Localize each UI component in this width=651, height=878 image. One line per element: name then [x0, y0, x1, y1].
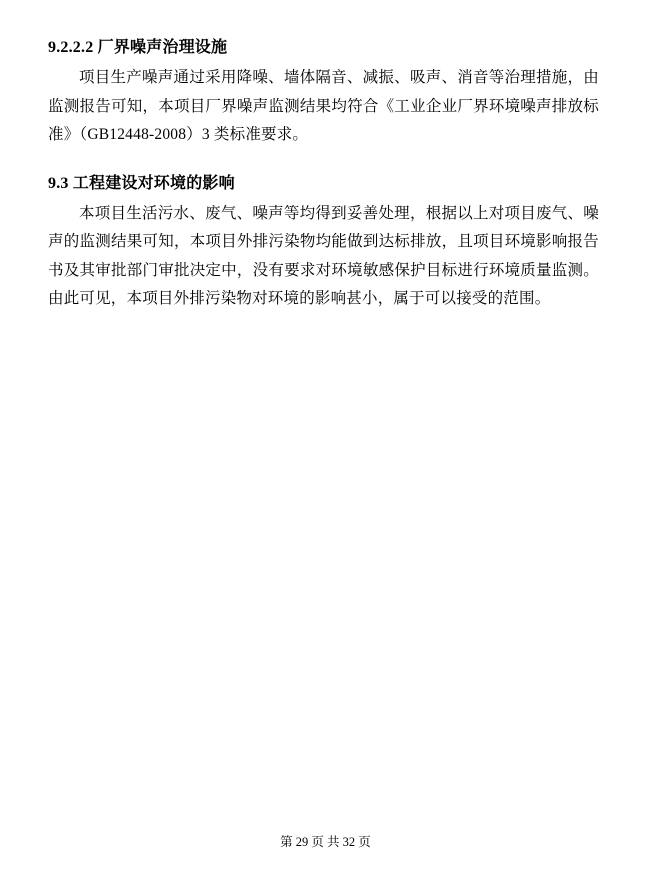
document-page: 9.2.2.2 厂界噪声治理设施 项目生产噪声通过采用降噪、墙体隔音、减振、吸声…	[0, 0, 651, 878]
section-heading-9-2-2-2: 9.2.2.2 厂界噪声治理设施	[48, 34, 599, 62]
paragraph-environmental-impact: 本项目生活污水、废气、噪声等均得到妥善处理，根据以上对项目废气、噪声的监测结果可…	[48, 200, 599, 314]
section-heading-9-3: 9.3 工程建设对环境的影响	[48, 170, 599, 198]
page-number-label: 第 29 页 共 32 页	[280, 835, 371, 849]
section-environmental-impact: 9.3 工程建设对环境的影响 本项目生活污水、废气、噪声等均得到妥善处理，根据以…	[48, 170, 599, 314]
document-content: 9.2.2.2 厂界噪声治理设施 项目生产噪声通过采用降噪、墙体隔音、减振、吸声…	[48, 34, 599, 314]
page-footer: 第 29 页 共 32 页	[0, 833, 651, 851]
paragraph-noise-treatment: 项目生产噪声通过采用降噪、墙体隔音、减振、吸声、消音等治理措施，由监测报告可知，…	[48, 64, 599, 150]
section-noise-treatment: 9.2.2.2 厂界噪声治理设施 项目生产噪声通过采用降噪、墙体隔音、减振、吸声…	[48, 34, 599, 150]
